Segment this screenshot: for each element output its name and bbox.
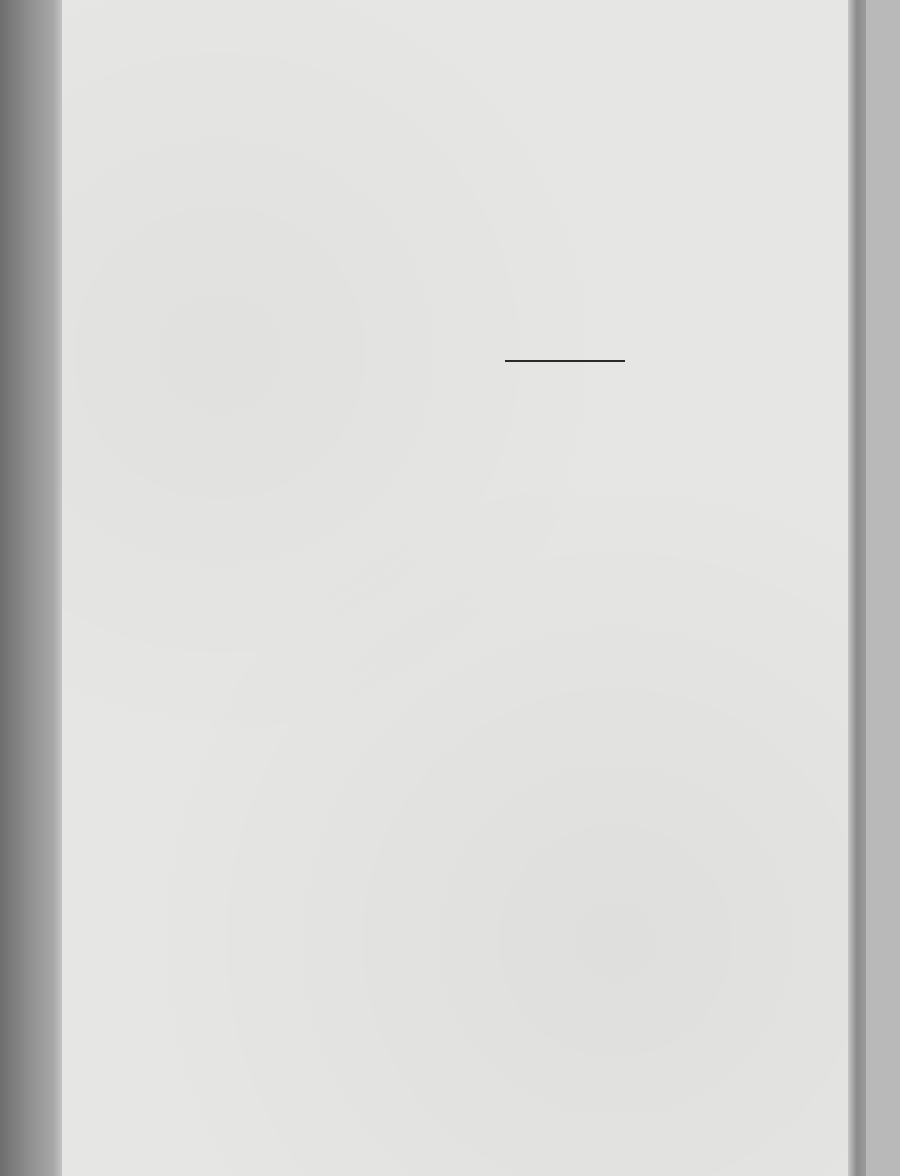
book-spine-shadow: [848, 0, 868, 1176]
fraction-bar: [505, 360, 625, 362]
document-page: [62, 0, 852, 1176]
adjacent-page-edge: [866, 0, 900, 1176]
left-gutter: [0, 0, 62, 1176]
